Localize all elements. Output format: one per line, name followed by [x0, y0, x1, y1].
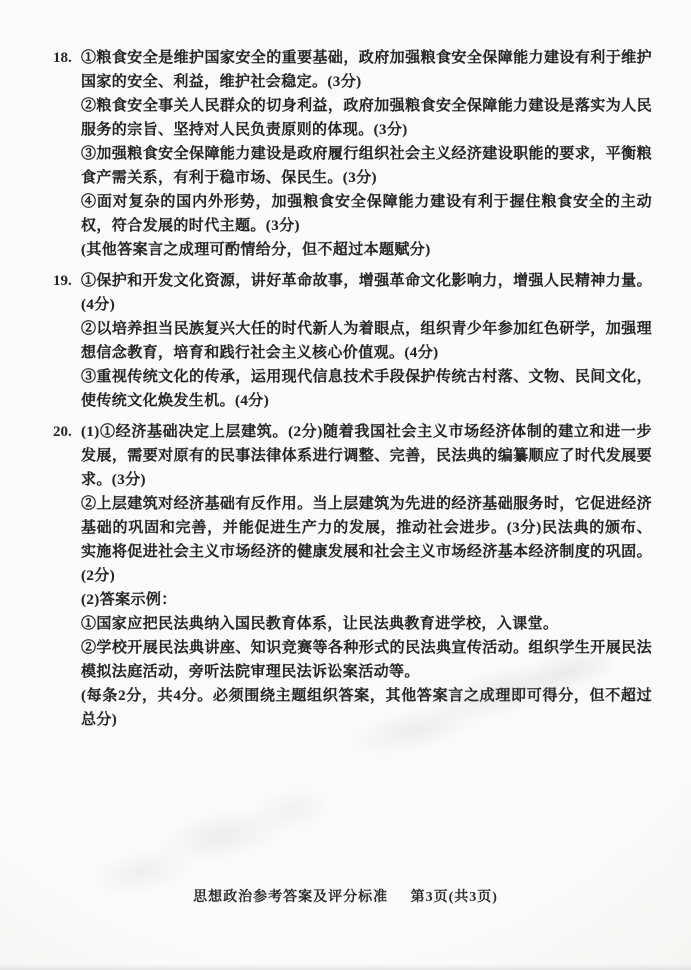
- question-20-part1-answer-point-1: (1)①经济基础决定上层建筑。(2分)随着我国社会主义市场经济体制的建立和进一步…: [81, 420, 652, 492]
- question-18-answer-point-3: ③加强粮食安全保障能力建设是政府履行组织社会主义经济建设职能的要求，平衡粮食产需…: [81, 142, 652, 190]
- question-19-answer-point-1: ①保护和开发文化资源，讲好革命故事，增强革命文化影响力，增强人民精神力量。(4分…: [81, 269, 652, 317]
- question-19-block: 19. ①保护和开发文化资源，讲好革命故事，增强革命文化影响力，增强人民精神力量…: [81, 269, 652, 413]
- question-19-number: 19.: [53, 269, 72, 293]
- question-20-grading-note: (每条2分，共4分。必须围绕主题组织答案，其他答案言之成理即可得分，但不超过总分…: [81, 684, 652, 732]
- question-19-answer-point-2: ②以培养担当民族复兴大任的时代新人为着眼点，组织青少年参加红色研学，加强理想信念…: [81, 317, 652, 365]
- question-20-part2-answer-point-1: ①国家应把民法典纳入国民教育体系，让民法典教育进学校，入课堂。: [81, 612, 652, 636]
- scan-bottom-edge-shadow: [0, 964, 691, 970]
- question-20-part2-heading: (2)答案示例：: [81, 588, 652, 612]
- scanned-answer-key-page: 18. ①粮食安全是维护国家安全的重要基础，政府加强粮食安全保障能力建设有利于维…: [0, 0, 691, 970]
- question-18-answer-point-4: ④面对复杂的国内外形势，加强粮食安全保障能力建设有利于握住粮食安全的主动权，符合…: [81, 190, 652, 238]
- question-18-number: 18.: [53, 46, 72, 70]
- answers-content: 18. ①粮食安全是维护国家安全的重要基础，政府加强粮食安全保障能力建设有利于维…: [81, 46, 652, 732]
- question-20-number: 20.: [53, 420, 72, 444]
- page-footer: 思想政治参考答案及评分标准 第3页(共3页): [0, 886, 691, 906]
- footer-document-title: 思想政治参考答案及评分标准: [193, 890, 388, 905]
- question-19-answer-point-3: ③重视传统文化的传承，运用现代信息技术手段保护传统古村落、文物、民间文化，使传统…: [81, 365, 652, 413]
- question-18-answer-point-1: ①粮食安全是维护国家安全的重要基础，政府加强粮食安全保障能力建设有利于维护国家的…: [81, 46, 652, 94]
- question-18-block: 18. ①粮食安全是维护国家安全的重要基础，政府加强粮食安全保障能力建设有利于维…: [81, 46, 652, 262]
- question-18-answer-point-2: ②粮食安全事关人民群众的切身利益，政府加强粮食安全保障能力建设是落实为人民服务的…: [81, 94, 652, 142]
- question-18-grading-note: (其他答案言之成理可酌情给分，但不超过本题赋分): [81, 238, 652, 262]
- question-20-part1-answer-point-2: ②上层建筑对经济基础有反作用。当上层建筑为先进的经济基础服务时，它促进经济基础的…: [81, 492, 652, 588]
- question-20-block: 20. (1)①经济基础决定上层建筑。(2分)随着我国社会主义市场经济体制的建立…: [81, 420, 652, 732]
- footer-page-number: 第3页(共3页): [411, 890, 498, 905]
- question-20-part2-answer-point-2: ②学校开展民法典讲座、知识竞赛等各种形式的民法典宣传活动。组织学生开展民法模拟法…: [81, 636, 652, 684]
